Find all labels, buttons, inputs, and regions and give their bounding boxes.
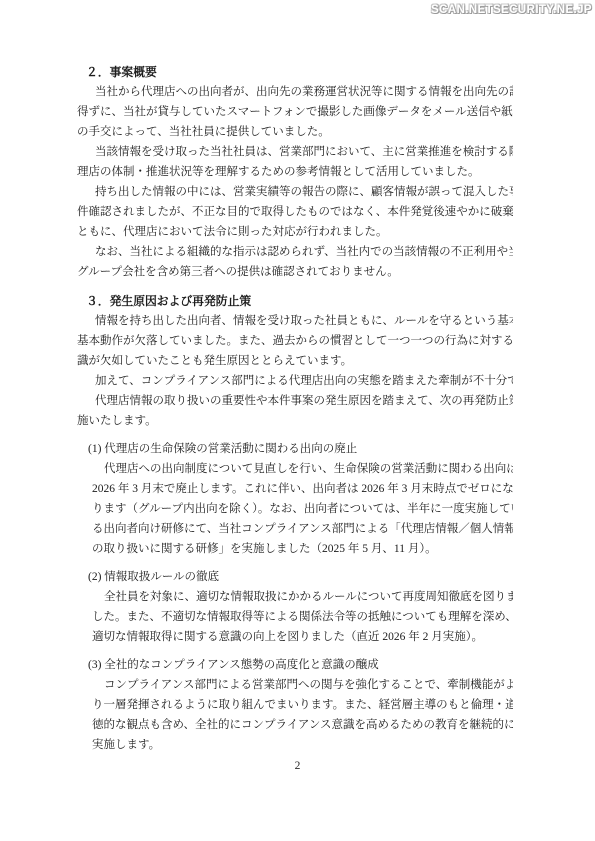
list-item-text-line: 代理店への出向制度について見直しを行い、生命保険の営業活動に関わる出向は	[77, 459, 513, 479]
list-item-title: (2) 情報取扱ルールの徹底	[77, 567, 513, 587]
text-line: グループ会社を含め第三者への提供は確認されておりません。	[77, 262, 513, 282]
list-item: (1) 代理店の生命保険の営業活動に関わる出向の廃止代理店への出向制度について見…	[77, 439, 513, 559]
paragraph: 当該情報を受け取った当社社員は、営業部門において、主に営業推進を検討する際に、代…	[77, 142, 513, 182]
list-item-text-line: 適切な情報取得に関する意識の向上を図りました（直近 2026 年 2 月実施）。	[77, 627, 513, 647]
text-line: なお、当社による組織的な指示は認められず、当社内での当該情報の不正利用や当社から	[77, 242, 513, 262]
list-item-text-line: 2026 年 3 月末で廃止します。これに伴い、出向者は 2026 年 3 月末…	[77, 479, 513, 499]
list-item: (2) 情報取扱ルールの徹底全社員を対象に、適切な情報取扱にかかるルールについて…	[77, 567, 513, 647]
text-line: 件確認されましたが、不正な目的で取得したものではなく、本件発覚後速やかに破棄する…	[77, 202, 513, 222]
list-item-text-line: コンプライアンス部門による営業部門への関与を強化することで、牽制機能がよ	[77, 675, 513, 695]
paragraph: 代理店情報の取り扱いの重要性や本件事案の発生原因を踏まえて、次の再発防止策を実施…	[77, 391, 513, 431]
paragraph: 情報を持ち出した出向者、情報を受け取った社員ともに、ルールを守るという基本認識や…	[77, 311, 513, 371]
list-item-text-line: り一層発揮されるように取り組んでまいります。また、経営層主導のもと倫理・道	[77, 695, 513, 715]
document-body: ２．事案概要当社から代理店への出向者が、出向先の業務運営状況等に関する情報を出向…	[77, 62, 513, 755]
list-item-title: (1) 代理店の生命保険の営業活動に関わる出向の廃止	[77, 439, 513, 459]
paragraph: なお、当社による組織的な指示は認められず、当社内での当該情報の不正利用や当社から…	[77, 242, 513, 282]
list-item-text-line: 実施します。	[77, 735, 513, 755]
list-item: (3) 全社的なコンプライアンス態勢の高度化と意識の醸成コンプライアンス部門によ…	[77, 655, 513, 755]
document-page: { "header": { "watermark": "SCAN.NETSECU…	[0, 0, 595, 841]
text-line: 理店の体制・推進状況等を理解するための参考情報として活用していました。	[77, 162, 513, 182]
page-number: 2	[0, 760, 595, 772]
text-line: 持ち出した情報の中には、営業実績等の報告の際に、顧客情報が誤って混入した事案が …	[77, 182, 513, 202]
list-item-text-line: 徳的な観点も含め、全社的にコンプライアンス意識を高めるための教育を継続的に	[77, 715, 513, 735]
text-line: 基本動作が欠落していました。また、過去からの慣習として一つ一つの行為に対する問題…	[77, 331, 513, 351]
section-heading: ３．発生原因および再発防止策	[77, 291, 513, 311]
list-item-text-line: ります（グループ内出向を除く）。なお、出向者については、半年に一度実施してい	[77, 499, 513, 519]
text-line: 代理店情報の取り扱いの重要性や本件事案の発生原因を踏まえて、次の再発防止策を実	[77, 391, 513, 411]
text-line: 当社から代理店への出向者が、出向先の業務運営状況等に関する情報を出向先の許可を	[77, 82, 513, 102]
text-line: の手交によって、当社社員に提供していました。	[77, 122, 513, 142]
text-line: 識が欠如していたことも発生原因ととらえています。	[77, 351, 513, 371]
paragraph: 当社から代理店への出向者が、出向先の業務運営状況等に関する情報を出向先の許可を得…	[77, 82, 513, 142]
list-item-text-line: の取り扱いに関する研修」を実施しました（2025 年 5 月、11 月）。	[77, 539, 513, 559]
list-item-text-line: る出向者向け研修にて、当社コンプライアンス部門による「代理店情報／個人情報	[77, 519, 513, 539]
list-item-title: (3) 全社的なコンプライアンス態勢の高度化と意識の醸成	[77, 655, 513, 675]
text-line: 加えて、コンプライアンス部門による代理店出向の実態を踏まえた牽制が不十分でした。	[77, 371, 513, 391]
list-item-text-line: 全社員を対象に、適切な情報取扱にかかるルールについて再度周知徹底を図りま	[77, 587, 513, 607]
paragraph: 持ち出した情報の中には、営業実績等の報告の際に、顧客情報が誤って混入した事案が …	[77, 182, 513, 242]
paragraph: 加えて、コンプライアンス部門による代理店出向の実態を踏まえた牽制が不十分でした。	[77, 371, 513, 391]
text-line: 得ずに、当社が貸与していたスマートフォンで撮影した画像データをメール送信や紙媒体	[77, 102, 513, 122]
text-line: ともに、代理店において法令に則った対応が行われました。	[77, 222, 513, 242]
text-line: 施いたします。	[77, 411, 513, 431]
text-line: 当該情報を受け取った当社社員は、営業部門において、主に営業推進を検討する際に、代	[77, 142, 513, 162]
text-line: 情報を持ち出した出向者、情報を受け取った社員ともに、ルールを守るという基本認識や	[77, 311, 513, 331]
scan-netsecurity-watermark: SCAN.NETSECURITY.NE.JP	[431, 4, 592, 16]
section-heading: ２．事案概要	[77, 62, 513, 82]
list-item-text-line: した。また、不適切な情報取得等による関係法令等の抵触についても理解を深め、	[77, 607, 513, 627]
